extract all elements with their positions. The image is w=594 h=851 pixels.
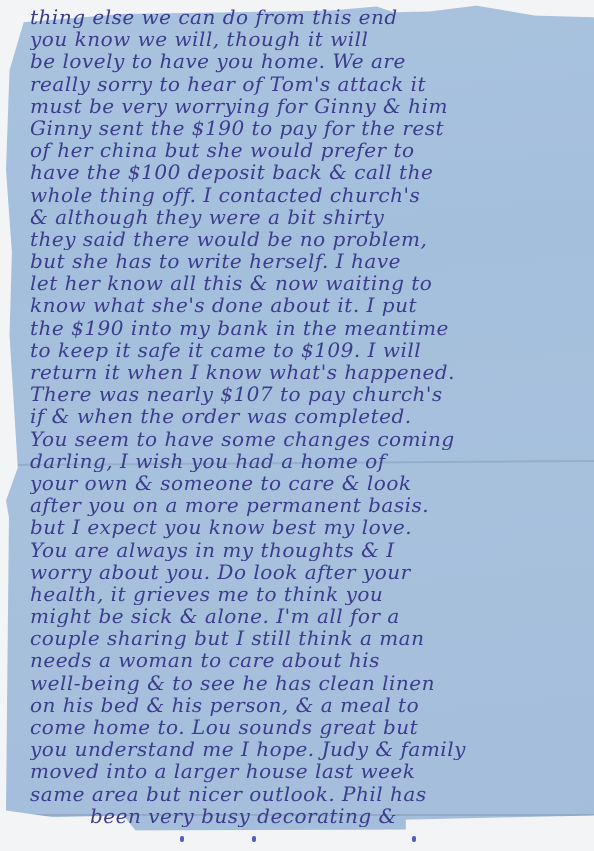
ink-mark [412, 836, 416, 842]
letter-line: come home to. Lou sounds great but [30, 716, 590, 738]
ink-mark [180, 836, 184, 842]
letter-line: you understand me I hope. Judy & family [30, 738, 590, 760]
letter-line: be lovely to have you home. We are [30, 50, 590, 72]
letter-line: You are always in my thoughts & I [30, 539, 590, 561]
letter-line: of her china but she would prefer to [30, 139, 590, 161]
letter-line: really sorry to hear of Tom's attack it [30, 73, 590, 95]
letter-line: & although they were a bit shirty [30, 206, 590, 228]
letter-line: to keep it safe it came to $109. I will [30, 339, 590, 361]
letter-line: couple sharing but I still think a man [30, 627, 590, 649]
letter-line: the $190 into my bank in the meantime [30, 317, 590, 339]
letter-line: worry about you. Do look after your [30, 561, 590, 583]
letter-line: needs a woman to care about his [30, 649, 590, 671]
letter-line: well-being & to see he has clean linen [30, 672, 590, 694]
letter-line: on his bed & his person, & a meal to [30, 694, 590, 716]
letter-line: There was nearly $107 to pay church's [30, 383, 590, 405]
letter-line: have the $100 deposit back & call the [30, 161, 590, 183]
letter-line: but she has to write herself. I have [30, 250, 590, 272]
letter-line: after you on a more permanent basis. [30, 494, 590, 516]
letter-line: your own & someone to care & look [30, 472, 590, 494]
letter-line: darling, I wish you had a home of [30, 450, 590, 472]
handwritten-letter-body: thing else we can do from this end you k… [30, 6, 590, 827]
letter-line: but I expect you know best my love. [30, 516, 590, 538]
letter-line: Ginny sent the $190 to pay for the rest [30, 117, 590, 139]
letter-line: thing else we can do from this end [30, 6, 590, 28]
letter-line: if & when the order was completed. [30, 405, 590, 427]
ink-mark [252, 836, 256, 842]
letter-line: been very busy decorating & [30, 805, 590, 827]
letter-line: you know we will, though it will [30, 28, 590, 50]
letter-line: must be very worrying for Ginny & him [30, 95, 590, 117]
letter-line: You seem to have some changes coming [30, 428, 590, 450]
letter-line: moved into a larger house last week [30, 760, 590, 782]
letter-line: let her know all this & now waiting to [30, 272, 590, 294]
letter-line: health, it grieves me to think you [30, 583, 590, 605]
letter-line: might be sick & alone. I'm all for a [30, 605, 590, 627]
letter-line: return it when I know what's happened. [30, 361, 590, 383]
letter-line: they said there would be no problem, [30, 228, 590, 250]
letter-line: same area but nicer outlook. Phil has [30, 783, 590, 805]
letter-line: whole thing off. I contacted church's [30, 184, 590, 206]
letter-line: know what she's done about it. I put [30, 294, 590, 316]
